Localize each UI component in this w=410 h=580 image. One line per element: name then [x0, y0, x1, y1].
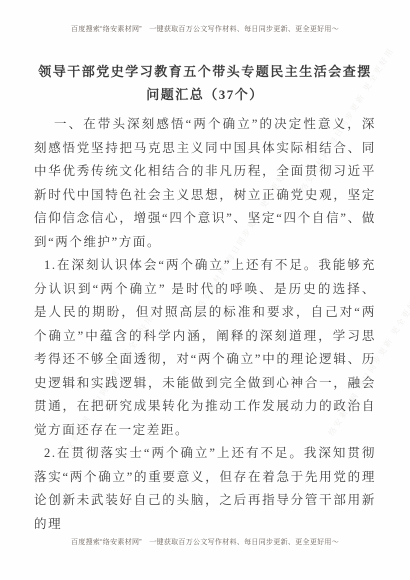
- title-line-1: 领导干部党史学习教育五个带头专题民主生活会查摆: [34, 60, 376, 83]
- document-page: 百度搜索“络安素材网” 一键获取百万公文写作材料、每日同步更新、更全更好用～ 领…: [0, 0, 410, 580]
- paragraph-item-1: 1.在深刻认识体会“两个确立”上还有不足。我能够充分认识到“两个确立” 是时代的…: [34, 254, 376, 442]
- title-line-2: 问题汇总（37个）: [34, 83, 376, 106]
- document-body: 一、在带头深刻感悟“两个确立”的决定性意义，深刻感悟党坚持把马克思主义同中国具体…: [34, 113, 376, 536]
- paragraph-item-2: 2.在贯彻落实士“两个确立”上还有不足。我深知贯彻落实“两个确立”的重要意义，但…: [34, 442, 376, 536]
- header-promo-text: 百度搜索“络安素材网” 一键获取百万公文写作材料、每日同步更新、更全更好用～: [0, 24, 410, 34]
- document-title: 领导干部党史学习教育五个带头专题民主生活会查摆 问题汇总（37个）: [34, 60, 376, 106]
- paragraph-section-heading: 一、在带头深刻感悟“两个确立”的决定性意义，深刻感悟党坚持把马克思主义同中国具体…: [34, 113, 376, 254]
- footer-promo-text: 百度搜索“络安素材网” 一键获取百万公文写作材料、每日同步更新、更全更好用～: [0, 537, 410, 547]
